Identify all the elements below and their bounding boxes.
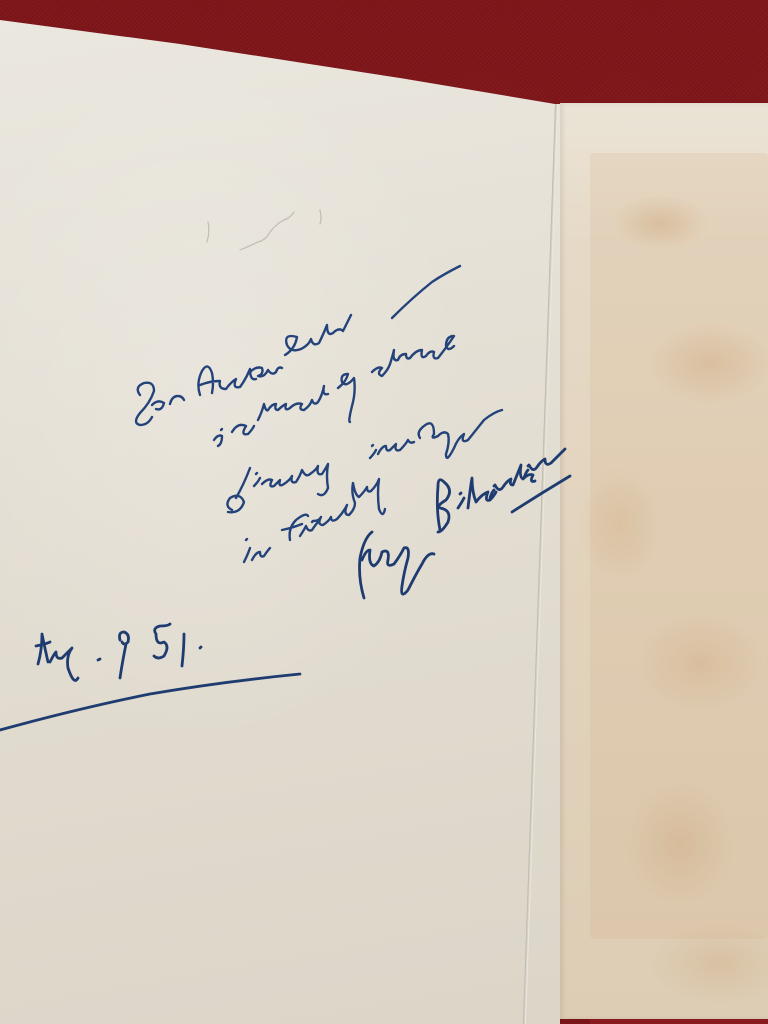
line-2-moment-of-strange bbox=[214, 336, 454, 446]
pencil-mark bbox=[207, 210, 321, 250]
line-3-discovery bbox=[227, 410, 502, 512]
date-aug-1951 bbox=[0, 624, 300, 730]
line-1-for-andrew-ewart bbox=[136, 266, 460, 425]
signature-george-bilainkin bbox=[360, 449, 571, 598]
line-4-in-friendship bbox=[244, 479, 385, 562]
handwriting-ink bbox=[0, 0, 768, 1024]
